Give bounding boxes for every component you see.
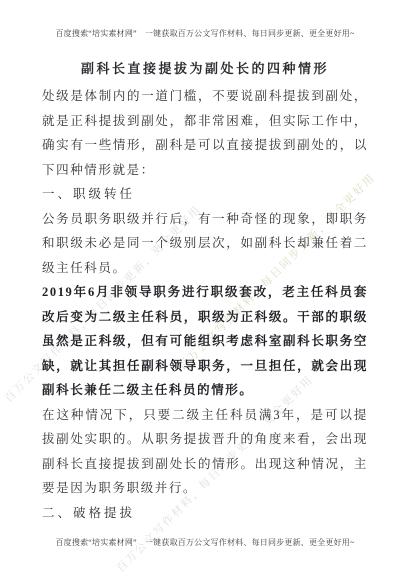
document-title: 副科长直接提拔为副处长的四种情形: [0, 58, 410, 77]
document-page: 百万公文写作材料，每日同步更新，更全更好用 百万公文写作材料，每日同步更新，更全…: [0, 0, 410, 580]
header-promo-note: 百度搜索“培实素材网” 一键获取百万公文写作材料、每日同步更新、更全更好用~: [0, 28, 410, 39]
document-body: 处级是体制内的一道门槛，不要说副科提拔到副处，就是正科提拔到副处，都非常困难，但…: [42, 84, 368, 525]
paragraph-intro: 处级是体制内的一道门槛，不要说副科提拔到副处，就是正科提拔到副处，都非常困难，但…: [42, 84, 368, 182]
paragraph-2019-reform-bold: 2019年6月非领导职务进行职级套改，老主任科员套改后变为二级主任科员，职级为正…: [42, 280, 368, 403]
paragraph-promotion-condition: 在这种情况下，只要二级主任科员满3年，是可以提拔副处实职的。从职务提拔晋升的角度…: [42, 403, 368, 501]
section-heading-1: 一、职级转任: [42, 182, 368, 207]
footer-promo-note: 百度搜索“培实素材网” 一键获取百万公文写作材料、每日同步更新、更全更好用~: [0, 537, 410, 548]
section-heading-2: 二、破格提拔: [42, 501, 368, 526]
paragraph-civil-servant-rank: 公务员职务职级并行后，有一种奇怪的现象，即职务和职级未必是同一个级别层次，如副科…: [42, 207, 368, 281]
